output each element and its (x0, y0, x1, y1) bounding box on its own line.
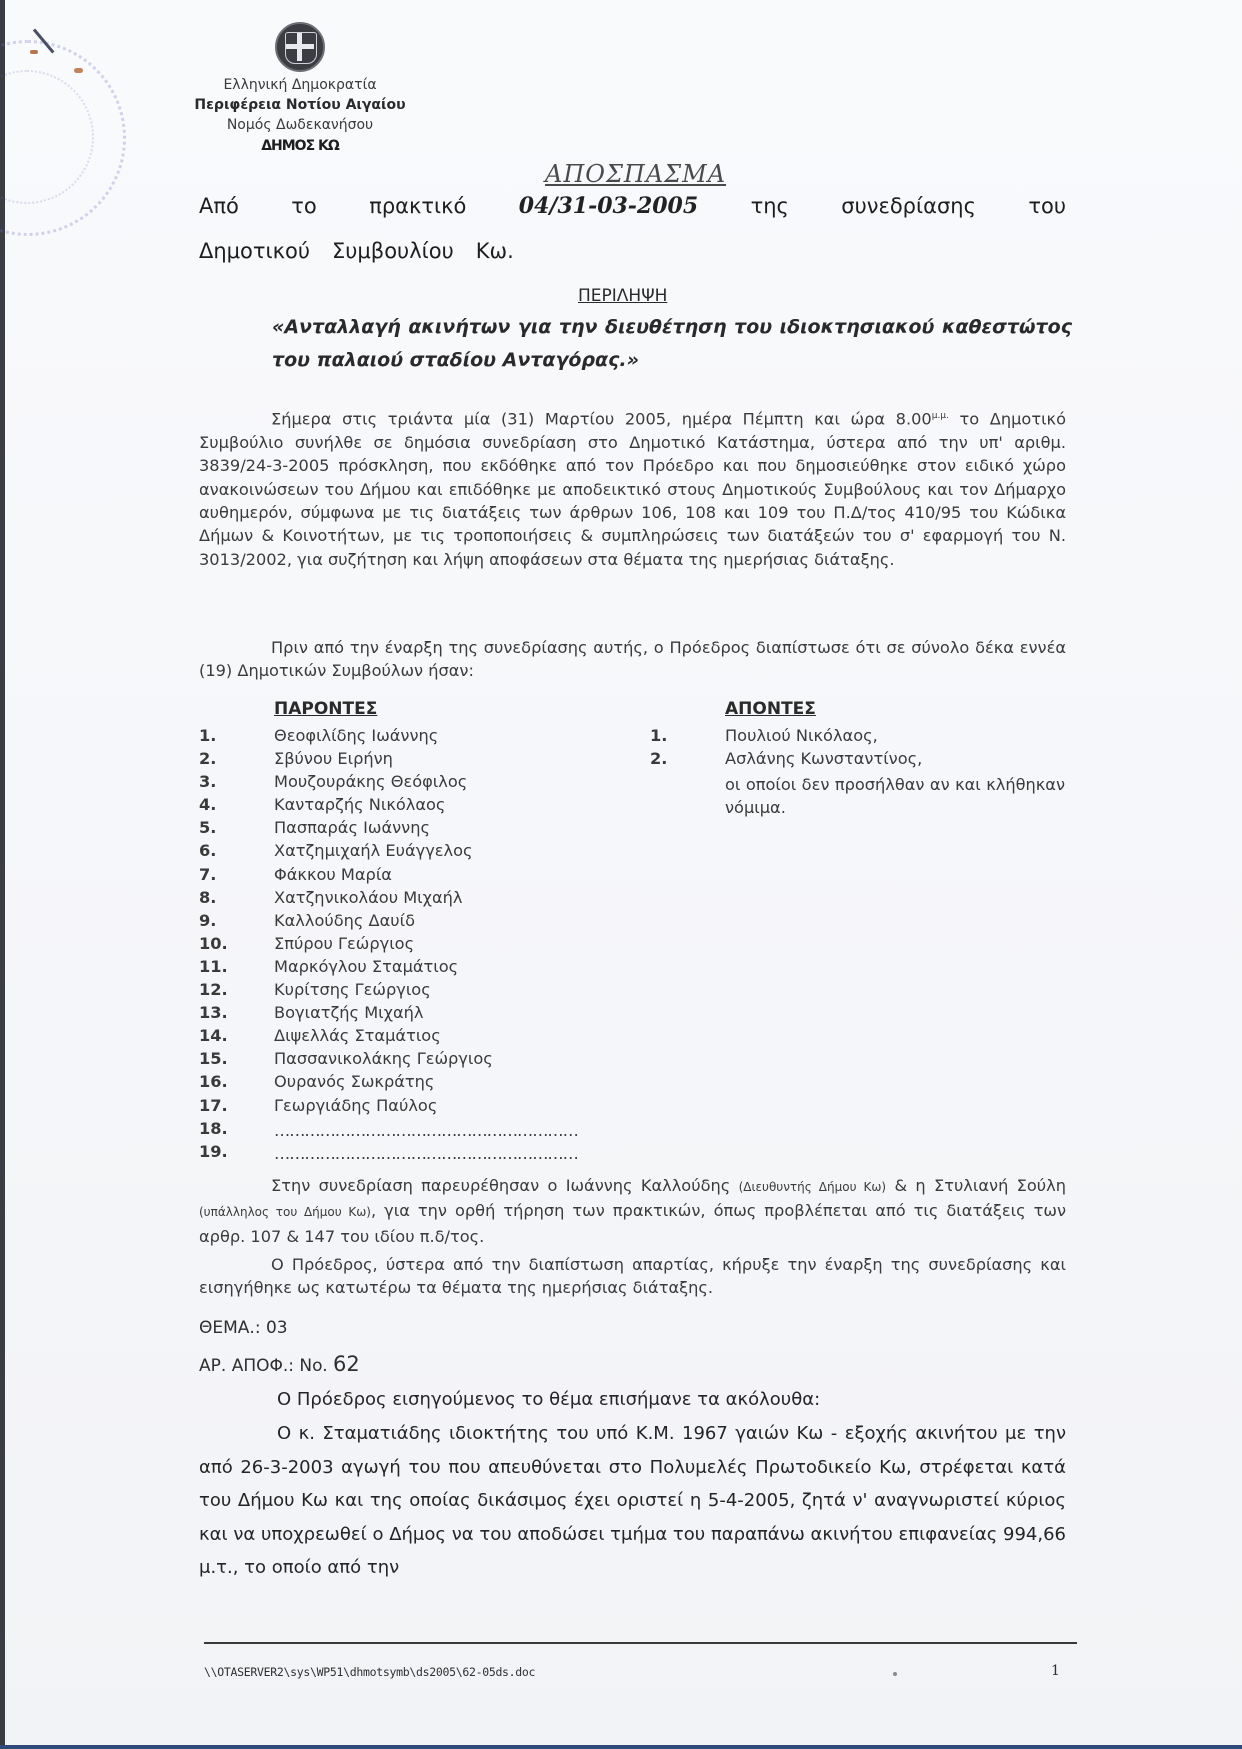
list-item: 5.Πασπαράς Ιωάννης (199, 818, 619, 841)
list-item-number: 9. (199, 911, 216, 930)
list-item-number: 18. (199, 1119, 228, 1138)
list-item-name: Σπύρου Γεώργιος (274, 934, 414, 953)
list-item: 17.Γεωργιάδης Παύλος (199, 1096, 619, 1119)
minutes-number: 04/31-03-2005 (519, 193, 698, 219)
intro-line-2: Δημοτικού Συμβουλίου Κω. (199, 239, 1066, 263)
list-item-name: Ασλάνης Κωνσταντίνος, (725, 749, 922, 768)
list-item-number: 8. (199, 888, 216, 907)
meeting-paragraph: Σήμερα στις τριάντα μία (31) Μαρτίου 200… (199, 405, 1066, 571)
list-item-name: Θεοφιλίδης Ιωάννης (274, 726, 438, 745)
summary-text: «Ανταλλαγή ακινήτων για την διευθέτηση τ… (272, 311, 1072, 377)
list-item-number: 10. (199, 934, 228, 953)
list-item: 14.Διψελλάς Σταμάτιος (199, 1026, 619, 1049)
scan-bottom-edge (0, 1745, 1242, 1749)
list-item-number: 16. (199, 1072, 228, 1091)
header-municipality: ΔΗΜΟΣ ΚΩ (180, 138, 420, 154)
list-item: 7.Φάκκου Μαρία (199, 865, 619, 888)
footer-file-path: \\OTASERVER2\sys\WP51\dhmotsymb\ds2005\6… (204, 1665, 535, 1679)
list-item-name: Κανταρζής Νικόλαος (274, 795, 445, 814)
attendance-paragraph: Στην συνεδρίαση παρευρέθησαν ο Ιωάννης Κ… (199, 1174, 1066, 1248)
topic-label: ΘΕΜΑ.: 03 (199, 1318, 288, 1338)
list-item-name: Γεωργιάδης Παύλος (274, 1096, 437, 1115)
list-item-number: 14. (199, 1026, 228, 1045)
list-item-name: Ουρανός Σωκράτης (274, 1072, 434, 1091)
footer-rule (204, 1642, 1077, 1644)
staple-stain (30, 50, 38, 54)
scan-speck (893, 1672, 897, 1676)
list-item: 8.Χατζηνικολάου Μιχαήλ (199, 888, 619, 911)
scan-edge (0, 0, 5, 1749)
list-item-number: 19. (199, 1142, 228, 1161)
list-item-name: …………………………………………………… (274, 1121, 578, 1140)
scanned-page: Ελληνική Δημοκρατία Περιφέρεια Νοτίου Αι… (0, 0, 1242, 1749)
list-item-number: 1. (650, 726, 667, 745)
list-item-number: 6. (199, 841, 216, 860)
list-item: 11.Μαρκόγλου Σταμάτιος (199, 957, 619, 980)
list-item-number: 11. (199, 957, 228, 976)
list-item: 2.Ασλάνης Κωνσταντίνος, (650, 749, 1070, 772)
list-item: 2.Σβύνου Ειρήνη (199, 749, 619, 772)
absent-heading: ΑΠΟΝΤΕΣ (725, 699, 816, 719)
case-paragraph: Ο κ. Σταματιάδης ιδιοκτήτης του υπό Κ.Μ.… (199, 1417, 1066, 1585)
header-region: Περιφέρεια Νοτίου Αιγαίου (180, 97, 420, 113)
list-item-name: Φάκκου Μαρία (274, 865, 392, 884)
list-item: 15.Πασσανικολάκης Γεώργιος (199, 1049, 619, 1072)
present-heading: ΠΑΡΟΝΤΕΣ (274, 699, 377, 719)
absent-note: οι οποίοι δεν προσήλθαν αν και κλήθηκαν … (725, 773, 1065, 819)
list-item-number: 17. (199, 1096, 228, 1115)
list-item-number: 1. (199, 726, 216, 745)
list-item-name: Πασπαράς Ιωάννης (274, 818, 430, 837)
list-item-number: 2. (650, 749, 667, 768)
list-item: 4.Κανταρζής Νικόλαος (199, 795, 619, 818)
list-item-name: Σβύνου Ειρήνη (274, 749, 393, 768)
quorum-paragraph: Πριν από την έναρξη της συνεδρίασης αυτή… (199, 636, 1066, 683)
staple-stain (74, 68, 83, 73)
greek-coat-of-arms-icon (275, 22, 325, 72)
list-item: 3.Μουζουράκης Θεόφιλος (199, 772, 619, 795)
list-item-name: …………………………………………………… (274, 1144, 578, 1163)
list-item-number: 7. (199, 865, 216, 884)
list-item-name: Μουζουράκης Θεόφιλος (274, 772, 467, 791)
president-intro: Ο Πρόεδρος εισηγούμενος το θέμα επισήμαν… (199, 1383, 1066, 1417)
list-item: 19.…………………………………………………… (199, 1142, 619, 1165)
list-item-number: 2. (199, 749, 216, 768)
list-item: 6.Χατζημιχαήλ Ευάγγελος (199, 841, 619, 864)
present-list: 1.Θεοφιλίδης Ιωάννης2.Σβύνου Ειρήνη3.Μου… (199, 726, 619, 1165)
list-item: 9.Καλλούδης Δαυίδ (199, 911, 619, 934)
list-item: 1.Θεοφιλίδης Ιωάννης (199, 726, 619, 749)
list-item-name: Πασσανικολάκης Γεώργιος (274, 1049, 493, 1068)
header-country: Ελληνική Δημοκρατία (180, 77, 420, 93)
summary-heading: ΠΕΡΙΛΗΨΗ (578, 286, 667, 306)
list-item-name: Διψελλάς Σταμάτιος (274, 1026, 441, 1045)
list-item: 12.Κυρίτσης Γεώργιος (199, 980, 619, 1003)
list-item-number: 15. (199, 1049, 228, 1068)
list-item-name: Χατζημιχαήλ Ευάγγελος (274, 841, 473, 860)
header-prefecture: Νομός Δωδεκανήσου (180, 117, 420, 133)
absent-list: 1.Πουλιού Νικόλαος,2.Ασλάνης Κωνσταντίνο… (650, 726, 1070, 772)
list-item-number: 13. (199, 1003, 228, 1022)
extract-title: ΑΠΟΣΠΑΣΜΑ (545, 160, 726, 188)
list-item-number: 3. (199, 772, 216, 791)
list-item-number: 12. (199, 980, 228, 999)
list-item-name: Κυρίτσης Γεώργιος (274, 980, 431, 999)
list-item: 10.Σπύρου Γεώργιος (199, 934, 619, 957)
decision-label: ΑΡ. ΑΠΟΦ.: No. 62 (199, 1352, 360, 1376)
list-item: 18.…………………………………………………… (199, 1119, 619, 1142)
list-item-number: 5. (199, 818, 216, 837)
list-item-name: Καλλούδης Δαυίδ (274, 911, 415, 930)
list-item: 13.Βογιατζής Μιχαήλ (199, 1003, 619, 1026)
list-item-name: Μαρκόγλου Σταμάτιος (274, 957, 458, 976)
list-item-name: Βογιατζής Μιχαήλ (274, 1003, 424, 1022)
list-item: 16.Ουρανός Σωκράτης (199, 1072, 619, 1095)
opening-paragraph: Ο Πρόεδρος, ύστερα από την διαπίστωση απ… (199, 1253, 1066, 1300)
list-item-name: Πουλιού Νικόλαος, (725, 726, 878, 745)
list-item-name: Χατζηνικολάου Μιχαήλ (274, 888, 463, 907)
decision-number: 62 (333, 1352, 360, 1376)
intro-line-1: Από το πρακτικό 04/31-03-2005 της συνεδρ… (199, 193, 1066, 219)
list-item: 1.Πουλιού Νικόλαος, (650, 726, 1070, 749)
list-item-number: 4. (199, 795, 216, 814)
page-number: 1 (1051, 1663, 1060, 1679)
